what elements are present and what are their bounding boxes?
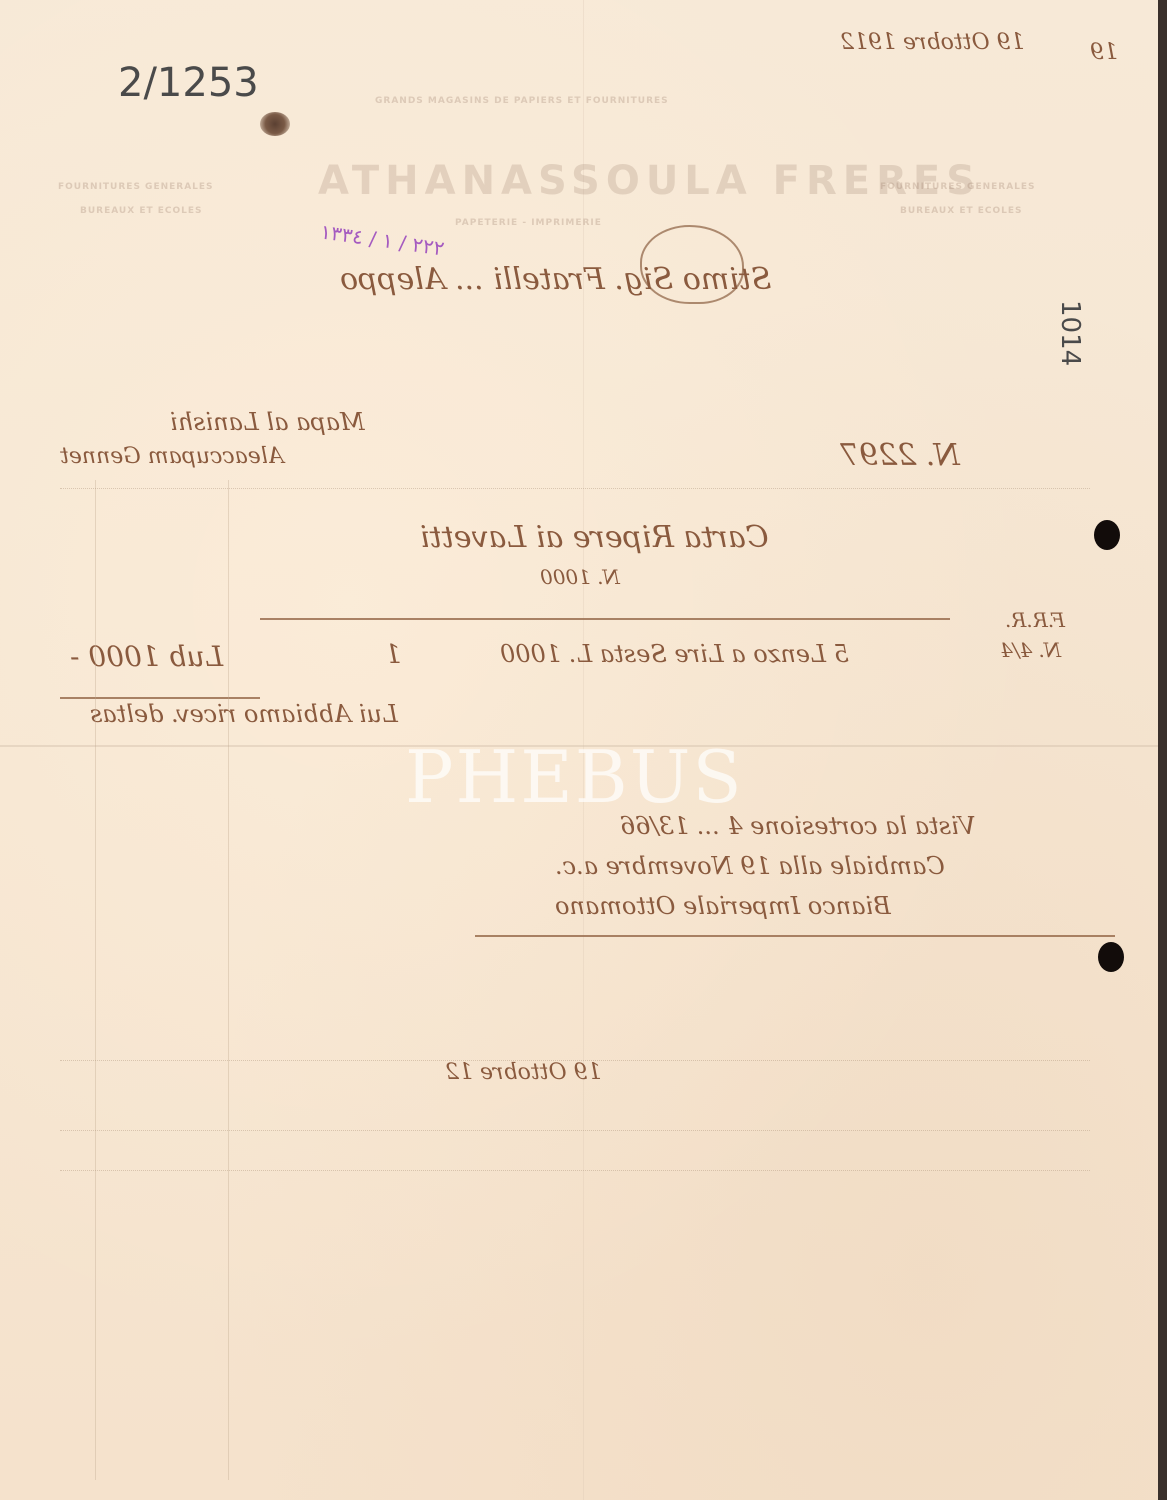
watermark: PHEBUS [405,735,744,819]
recipient-line-2: Aleaccupam Gennet [60,444,284,469]
letterhead-company: ATHANASSOULA FRERES [318,158,981,204]
ottoman-stamp: ٢٢٢ / ١ / ١٣٣٤ [319,219,446,260]
punch-hole [1094,520,1120,550]
closing-line-3: Bianco Imperiale Ottomano [555,892,891,920]
line-item-quantity: 1 [385,640,402,670]
side-number: 1014 [1055,300,1085,366]
item-subtitle: N. 1000 [540,565,620,589]
letterhead-right-1: FOURNITURES GENERALES [880,182,1036,192]
subtotal-note: Lui Abbiamo ricev. deltas [90,700,398,728]
closing-line-1: Vista la cortesione 4 ... 13/66 [620,812,976,840]
scan-edge [1158,0,1167,1500]
grid-line [60,1170,1090,1171]
line-item-amount: Lub 1000 - [70,640,223,673]
grid-line [228,480,229,1480]
recipient-line-1: Mapa al Lanishi [170,408,365,436]
letterhead-left-2: BUREAUX ET ECOLES [80,206,203,216]
closing-line-2: Cambiale alla 19 Novembre a.c. [555,852,945,880]
grid-line [60,1130,1090,1131]
letterhead-line-3: PAPETERIE - IMPRIMERIE [455,218,602,228]
item-separator-rule [260,618,950,620]
letterhead-line-1: GRANDS MAGASINS DE PAPIERS ET FOURNITURE… [375,96,669,106]
top-date: 19 Ottobre 1912 [840,30,1025,55]
top-right-number: 19 [1090,40,1118,65]
grid-line [60,488,1090,489]
footer-date: 19 Ottobre 12 [445,1060,602,1085]
grid-line [60,1060,1090,1061]
order-number: N. 2297 [840,438,960,473]
catalog-number: 2/1253 [118,60,259,106]
ink-stain [260,112,290,136]
addressee-line: Stimo Sig. Fratelli ... Aleppo [340,262,771,297]
punch-hole [1098,942,1124,972]
amount-rule [60,697,260,699]
letterhead-right-2: BUREAUX ET ECOLES [900,206,1023,216]
grid-line [95,480,96,1480]
line-item-code: N. 4/4 [1000,638,1061,662]
document-paper: GRANDS MAGASINS DE PAPIERS ET FOURNITURE… [0,0,1158,1500]
line-item-mark: F.R.R. [1005,608,1065,632]
closing-rule [475,935,1115,937]
line-item-description: 5 Lenzo a Lire Sesta L. 1000 [500,640,849,668]
letterhead-left-1: FOURNITURES GENERALES [58,182,214,192]
item-title: Carta Ripere ai Lavetti [420,520,769,555]
